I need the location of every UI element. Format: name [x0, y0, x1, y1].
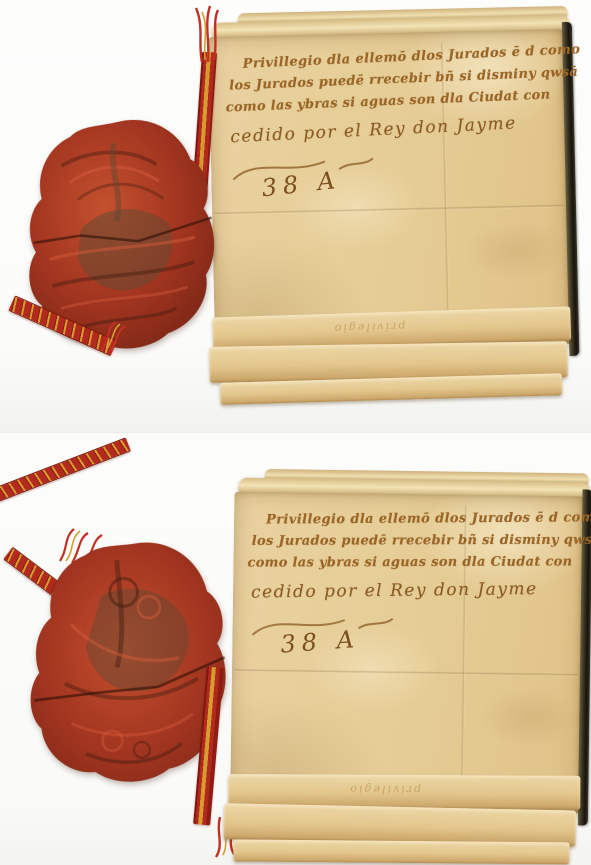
bottom-fold-strip-3	[233, 839, 569, 864]
parchment-packet: Privillegio dla ellemō dlos Jurados ē d …	[223, 468, 590, 865]
shelfmark: 38 A	[279, 625, 360, 659]
scan-canvas: Privillegio dla ellemō dlos Jurados ē d …	[0, 0, 591, 865]
photo-bottom-seal-reverse: Privillegio dla ellemō dlos Jurados ē d …	[0, 432, 591, 865]
inscription-line-1: Privillegio dla ellemō dlos Jurados ē d …	[266, 510, 591, 527]
faint-fold-text: privilegio	[348, 783, 421, 796]
ribbon-loose-strand	[0, 437, 131, 503]
frayed-ribbon-threads-top	[184, 4, 222, 64]
photo-top-seal-obverse: Privillegio dla ellemō dlos Jurados ē d …	[0, 0, 591, 432]
inscription-line-4: cedido por el Rey don Jayme	[230, 113, 517, 147]
inscription-line-4: cedido por el Rey don Jayme	[251, 579, 538, 602]
faint-fold-text: privilegio	[333, 320, 406, 335]
frayed-ribbon-tuft	[96, 318, 136, 354]
inscription-line-2: los Jurados puedē rrecebir bñ si disminy…	[252, 533, 591, 549]
parchment-packet: Privillegio dla ellemō dlos Jurados ē d …	[202, 6, 579, 408]
inscription-line-3: como las ybras si aguas son dla Ciudat c…	[247, 554, 572, 570]
